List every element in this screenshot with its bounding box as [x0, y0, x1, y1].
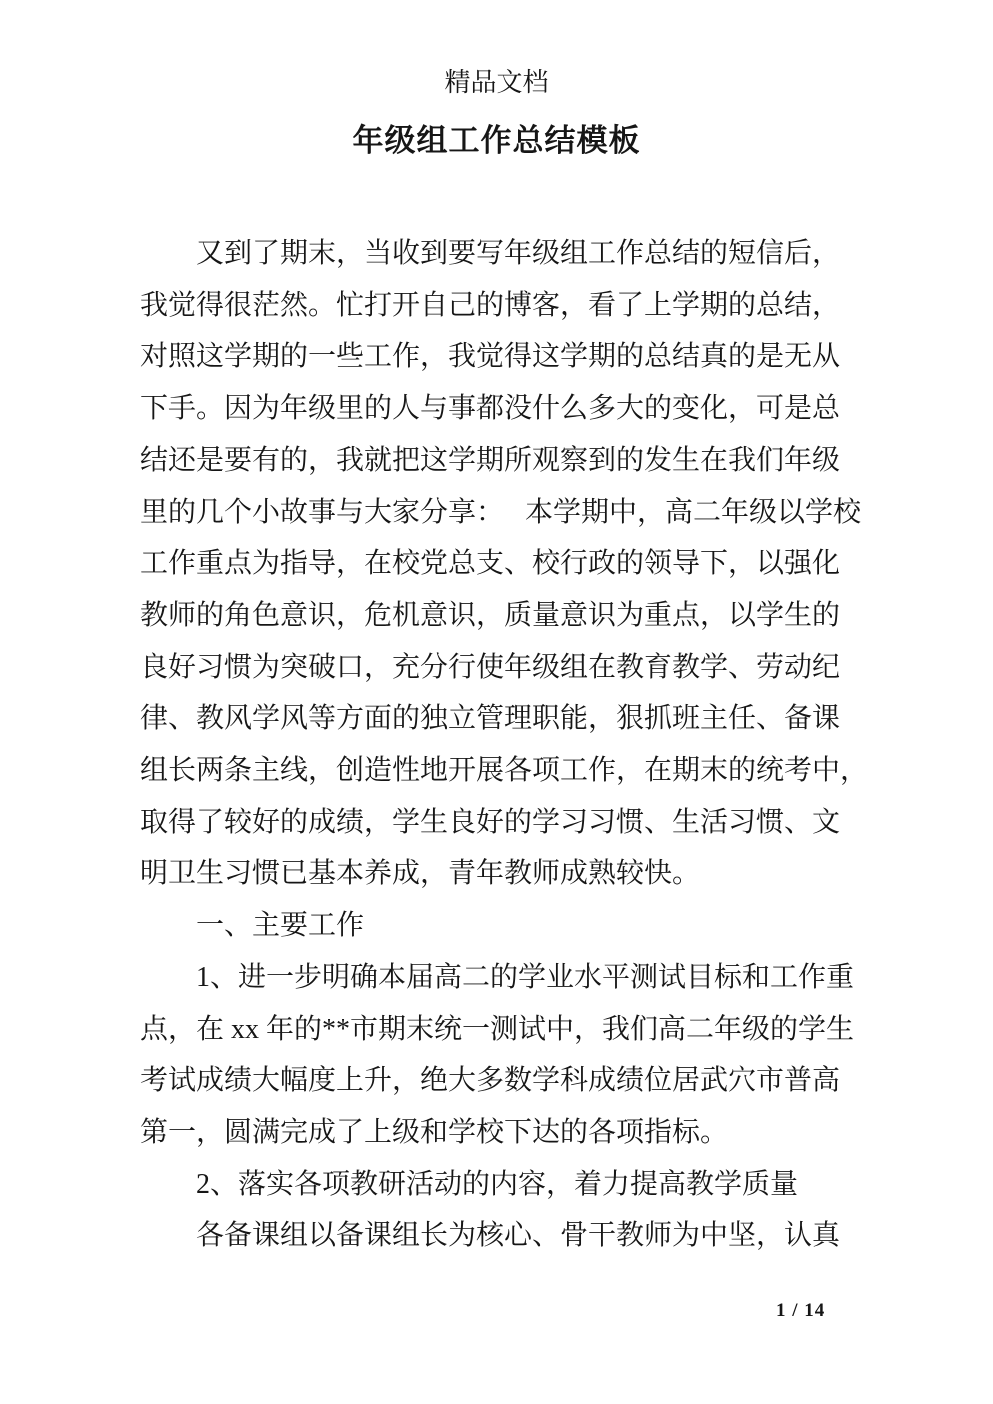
doc-header-label: 精品文档	[0, 66, 993, 100]
text-line: 工作重点为指导，在校党总支、校行政的领导下，以强化	[140, 538, 900, 590]
text-line: 一、主要工作	[140, 900, 900, 952]
paragraph: 一、主要工作	[140, 900, 900, 952]
doc-body: 又到了期末，当收到要写年级组工作总结的短信后，我觉得很茫然。忙打开自己的博客，看…	[140, 228, 900, 1262]
text-line: 考试成绩大幅度上升，绝大多数学科成绩位居武穴市普高	[140, 1055, 900, 1107]
text-line: 组长两条主线，创造性地开展各项工作，在期末的统考中，	[140, 745, 900, 797]
text-line: 2、落实各项教研活动的内容，着力提高教学质量	[140, 1159, 900, 1211]
text-line: 结还是要有的，我就把这学期所观察到的发生在我们年级	[140, 435, 900, 487]
page-number-indicator: 1 / 14	[776, 1299, 825, 1323]
text-line: 里的几个小故事与大家分享： 本学期中，高二年级以学校	[140, 487, 900, 539]
doc-title: 年级组工作总结模板	[0, 119, 993, 163]
text-line: 点，在 xx 年的**市期末统一测试中，我们高二年级的学生	[140, 1004, 900, 1056]
text-line: 下手。因为年级里的人与事都没什么多大的变化，可是总	[140, 383, 900, 435]
paragraph: 又到了期末，当收到要写年级组工作总结的短信后，我觉得很茫然。忙打开自己的博客，看…	[140, 228, 900, 900]
text-line: 律、教风学风等方面的独立管理职能，狠抓班主任、备课	[140, 693, 900, 745]
text-line: 对照这学期的一些工作，我觉得这学期的总结真的是无从	[140, 331, 900, 383]
text-line: 第一，圆满完成了上级和学校下达的各项指标。	[140, 1107, 900, 1159]
text-line: 1、进一步明确本届高二的学业水平测试目标和工作重	[140, 952, 900, 1004]
paragraph: 2、落实各项教研活动的内容，着力提高教学质量	[140, 1159, 900, 1211]
document-page: 精品文档 年级组工作总结模板 又到了期末，当收到要写年级组工作总结的短信后，我觉…	[0, 0, 993, 1404]
text-line: 又到了期末，当收到要写年级组工作总结的短信后，	[140, 228, 900, 280]
text-line: 良好习惯为突破口，充分行使年级组在教育教学、劳动纪	[140, 642, 900, 694]
paragraph: 各备课组以备课组长为核心、骨干教师为中坚，认真	[140, 1210, 900, 1262]
text-line: 各备课组以备课组长为核心、骨干教师为中坚，认真	[140, 1210, 900, 1262]
text-line: 我觉得很茫然。忙打开自己的博客，看了上学期的总结，	[140, 280, 900, 332]
text-line: 取得了较好的成绩，学生良好的学习习惯、生活习惯、文	[140, 797, 900, 849]
paragraph: 1、进一步明确本届高二的学业水平测试目标和工作重点，在 xx 年的**市期末统一…	[140, 952, 900, 1159]
text-line: 教师的角色意识，危机意识，质量意识为重点，以学生的	[140, 590, 900, 642]
text-line: 明卫生习惯已基本养成，青年教师成熟较快。	[140, 848, 900, 900]
